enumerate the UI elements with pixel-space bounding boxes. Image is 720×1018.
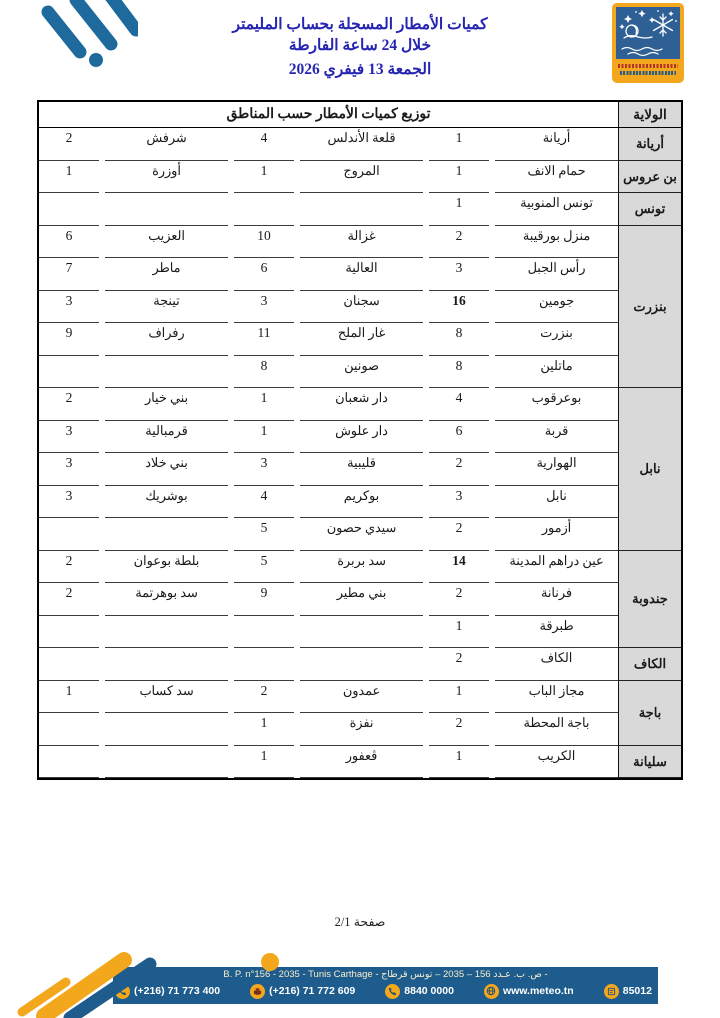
station-name-cell: أوزرة xyxy=(105,161,228,194)
contact-label: 85012 xyxy=(623,985,652,997)
station-name-cell: العالية xyxy=(300,258,423,291)
table-row: الكاف2 xyxy=(39,648,618,681)
logo-dot xyxy=(89,53,103,67)
station-rows: منزل بورقيبة2غزالة10العزيب6رأس الجبل3الع… xyxy=(39,226,618,389)
station-value-cell: 1 xyxy=(429,128,489,161)
station-name-cell: سيدي حصون xyxy=(300,518,423,551)
governorate-cell: سليانة xyxy=(618,746,681,779)
fax-icon xyxy=(250,984,265,999)
governorate-block: تونستونس المنوبية1 xyxy=(39,193,681,226)
station-name-cell: سد كساب xyxy=(105,681,228,714)
station-name-cell: شرفش xyxy=(105,128,228,161)
station-value-cell: 6 xyxy=(429,421,489,454)
station-name-cell: دار شعبان xyxy=(300,388,423,421)
station-name-cell: صونين xyxy=(300,356,423,389)
table-row: بوعرقوب4دار شعبان1بني خيار2 xyxy=(39,388,618,421)
station-name-cell: سد بربرة xyxy=(300,551,423,584)
station-name-cell: رفراف xyxy=(105,323,228,356)
table-row: مجاز الباب1عمدون2سد كساب1 xyxy=(39,681,618,714)
station-value-cell: 1 xyxy=(39,161,99,194)
governorate-block: أريانةأريانة1قلعة الأندلس4شرفش2 xyxy=(39,128,681,161)
contact-label: (+216) 71 772 609 xyxy=(269,985,355,997)
governorate-cell: تونس xyxy=(618,193,681,226)
station-name-cell: تونس المنوبية xyxy=(495,193,618,226)
governorate-block: بنزرتمنزل بورقيبة2غزالة10العزيب6رأس الجب… xyxy=(39,226,681,389)
station-value-cell xyxy=(234,193,294,226)
station-rows: بوعرقوب4دار شعبان1بني خيار2قربة6دار علوش… xyxy=(39,388,618,551)
governorate-block: بن عروسحمام الانف1المروج1أوزرة1 xyxy=(39,161,681,194)
station-value-cell: 2 xyxy=(429,453,489,486)
station-value-cell xyxy=(234,616,294,649)
station-value-cell: 2 xyxy=(234,681,294,714)
contact-label: (+216) 71 773 400 xyxy=(134,985,220,997)
contact-label: 8840 0000 xyxy=(404,985,454,997)
station-value-cell: 7 xyxy=(39,258,99,291)
station-value-cell: 5 xyxy=(234,551,294,584)
station-name-cell: قلعة الأندلس xyxy=(300,128,423,161)
table-row: بنزرت8غار الملح11رفراف9 xyxy=(39,323,618,356)
station-name-cell: أريانة xyxy=(495,128,618,161)
station-value-cell xyxy=(39,648,99,681)
station-value-cell: 1 xyxy=(234,388,294,421)
sms-icon xyxy=(604,984,619,999)
table-row: حمام الانف1المروج1أوزرة1 xyxy=(39,161,618,194)
regions-distribution-header: توزيع كميات الأمطار حسب المناطق xyxy=(39,102,618,127)
station-rows: الكاف2 xyxy=(39,648,618,681)
table-row: منزل بورقيبة2غزالة10العزيب6 xyxy=(39,226,618,259)
station-name-cell: بني مطير xyxy=(300,583,423,616)
station-value-cell: 1 xyxy=(234,746,294,779)
station-value-cell: 2 xyxy=(429,583,489,616)
station-value-cell: 14 xyxy=(429,551,489,584)
inm-logo-arabic-caption xyxy=(618,64,678,68)
station-name-cell: قربة xyxy=(495,421,618,454)
station-name-cell: منزل بورقيبة xyxy=(495,226,618,259)
station-value-cell: 8 xyxy=(234,356,294,389)
station-name-cell: عمدون xyxy=(300,681,423,714)
station-value-cell: 8 xyxy=(429,323,489,356)
station-value-cell xyxy=(39,746,99,779)
station-name-cell: جومين xyxy=(495,291,618,324)
table-row: جومين16سجنان3تينجة3 xyxy=(39,291,618,324)
governorate-cell: بنزرت xyxy=(618,226,681,389)
station-value-cell: 4 xyxy=(234,486,294,519)
contact-item: (+216) 71 772 609 xyxy=(250,984,355,999)
station-name-cell: غار الملح xyxy=(300,323,423,356)
station-value-cell: 1 xyxy=(234,161,294,194)
station-name-cell xyxy=(105,746,228,779)
station-name-cell: تينجة xyxy=(105,291,228,324)
station-name-cell: فرنانة xyxy=(495,583,618,616)
station-name-cell: باجة المحطة xyxy=(495,713,618,746)
station-value-cell: 10 xyxy=(234,226,294,259)
title-line-2: خلال 24 ساعة الفارطة xyxy=(120,35,600,56)
station-value-cell: 2 xyxy=(429,648,489,681)
governorate-cell: نابل xyxy=(618,388,681,551)
table-row: الكريب1ڤعفور1 xyxy=(39,746,618,779)
station-rows: أريانة1قلعة الأندلس4شرفش2 xyxy=(39,128,618,161)
governorate-column-header: الولاية xyxy=(618,102,681,127)
station-value-cell: 2 xyxy=(429,518,489,551)
governorate-block: باجةمجاز الباب1عمدون2سد كساب1باجة المحطة… xyxy=(39,681,681,746)
station-name-cell xyxy=(105,713,228,746)
contact-label: www.meteo.tn xyxy=(503,985,574,997)
contact-item: www.meteo.tn xyxy=(484,984,574,999)
station-name-cell: الهوارية xyxy=(495,453,618,486)
station-rows: مجاز الباب1عمدون2سد كساب1باجة المحطة2نفز… xyxy=(39,681,618,746)
table-row: باجة المحطة2نفزة1 xyxy=(39,713,618,746)
station-name-cell: بوكريم xyxy=(300,486,423,519)
station-name-cell xyxy=(105,518,228,551)
station-name-cell: ماتلين xyxy=(495,356,618,389)
station-name-cell: بوشريك xyxy=(105,486,228,519)
station-name-cell: بنزرت xyxy=(495,323,618,356)
station-value-cell: 3 xyxy=(234,291,294,324)
governorate-block: سليانةالكريب1ڤعفور1 xyxy=(39,746,681,779)
station-value-cell: 3 xyxy=(39,421,99,454)
station-value-cell: 3 xyxy=(429,486,489,519)
station-name-cell xyxy=(300,648,423,681)
station-value-cell: 1 xyxy=(429,746,489,779)
table-body: أريانةأريانة1قلعة الأندلس4شرفش2بن عروسحم… xyxy=(39,128,681,778)
station-name-cell: الكاف xyxy=(495,648,618,681)
station-name-cell xyxy=(105,616,228,649)
table-row: رأس الجبل3العالية6ماطر7 xyxy=(39,258,618,291)
report-title: كميات الأمطار المسجلة بحساب المليمتر خلا… xyxy=(120,14,600,56)
station-name-cell xyxy=(300,193,423,226)
station-value-cell: 2 xyxy=(39,551,99,584)
station-value-cell: 3 xyxy=(39,453,99,486)
station-name-cell: نابل xyxy=(495,486,618,519)
table-row: أريانة1قلعة الأندلس4شرفش2 xyxy=(39,128,618,161)
governorate-block: الكافالكاف2 xyxy=(39,648,681,681)
governorate-cell: أريانة xyxy=(618,128,681,161)
footer-banner: B. P. n°156 - 2035 - Tunis Carthage - ص.… xyxy=(113,967,658,1004)
governorate-cell: الكاف xyxy=(618,648,681,681)
station-name-cell: نفزة xyxy=(300,713,423,746)
station-name-cell: أزمور xyxy=(495,518,618,551)
station-rows: حمام الانف1المروج1أوزرة1 xyxy=(39,161,618,194)
page-number: صفحة 2/1 xyxy=(0,914,720,930)
station-value-cell: 3 xyxy=(429,258,489,291)
governorate-block: جندوبةعين دراهم المدينة14سد بربرة5بلطة ب… xyxy=(39,551,681,649)
station-value-cell: 11 xyxy=(234,323,294,356)
phone-icon xyxy=(115,984,130,999)
station-name-cell: العزيب xyxy=(105,226,228,259)
station-name-cell: رأس الجبل xyxy=(495,258,618,291)
station-name-cell: دار علوش xyxy=(300,421,423,454)
station-name-cell: سجنان xyxy=(300,291,423,324)
station-value-cell: 3 xyxy=(234,453,294,486)
document-page: كميات الأمطار المسجلة بحساب المليمتر خلا… xyxy=(0,0,720,1018)
station-value-cell: 1 xyxy=(234,713,294,746)
station-value-cell: 1 xyxy=(429,193,489,226)
station-value-cell xyxy=(39,193,99,226)
station-name-cell: حمام الانف xyxy=(495,161,618,194)
table-row: عين دراهم المدينة14سد بربرة5بلطة بوعوان2 xyxy=(39,551,618,584)
station-value-cell: 1 xyxy=(429,681,489,714)
station-name-cell: طبرقة xyxy=(495,616,618,649)
banner-address: B. P. n°156 - 2035 - Tunis Carthage - ص.… xyxy=(113,969,658,980)
station-value-cell: 4 xyxy=(429,388,489,421)
station-value-cell: 2 xyxy=(429,226,489,259)
table-row: فرنانة2بني مطير9سد بوهرتمة2 xyxy=(39,583,618,616)
station-name-cell: ڤعفور xyxy=(300,746,423,779)
station-name-cell: ماطر xyxy=(105,258,228,291)
table-row: تونس المنوبية1 xyxy=(39,193,618,226)
title-line-1: كميات الأمطار المسجلة بحساب المليمتر xyxy=(120,14,600,35)
station-value-cell: 6 xyxy=(39,226,99,259)
station-rows: الكريب1ڤعفور1 xyxy=(39,746,618,779)
governorate-cell: باجة xyxy=(618,681,681,746)
station-name-cell xyxy=(300,616,423,649)
station-name-cell: مجاز الباب xyxy=(495,681,618,714)
station-name-cell xyxy=(105,193,228,226)
inm-logo-emblem xyxy=(616,7,680,59)
station-value-cell: 6 xyxy=(234,258,294,291)
station-value-cell: 8 xyxy=(429,356,489,389)
station-value-cell: 2 xyxy=(39,128,99,161)
station-name-cell: سد بوهرتمة xyxy=(105,583,228,616)
station-value-cell: 1 xyxy=(234,421,294,454)
station-value-cell: 2 xyxy=(39,583,99,616)
inm-logo-french-caption xyxy=(620,71,676,75)
station-value-cell: 9 xyxy=(39,323,99,356)
station-name-cell: بني خيار xyxy=(105,388,228,421)
station-value-cell: 2 xyxy=(429,713,489,746)
station-value-cell: 5 xyxy=(234,518,294,551)
station-value-cell: 2 xyxy=(39,388,99,421)
station-value-cell xyxy=(234,648,294,681)
station-value-cell xyxy=(39,713,99,746)
station-value-cell: 9 xyxy=(234,583,294,616)
station-name-cell: بلطة بوعوان xyxy=(105,551,228,584)
globe-icon xyxy=(484,984,499,999)
contact-item: (+216) 71 773 400 xyxy=(115,984,220,999)
table-row: أزمور2سيدي حصون5 xyxy=(39,518,618,551)
governorate-cell: بن عروس xyxy=(618,161,681,194)
contact-item: 8840 0000 xyxy=(385,984,454,999)
station-name-cell xyxy=(105,356,228,389)
table-header-row: الولاية توزيع كميات الأمطار حسب المناطق xyxy=(39,102,681,128)
table-row: طبرقة1 xyxy=(39,616,618,649)
governorate-block: نابلبوعرقوب4دار شعبان1بني خيار2قربة6دار … xyxy=(39,388,681,551)
station-value-cell xyxy=(39,518,99,551)
station-value-cell: 1 xyxy=(429,616,489,649)
table-row: ماتلين8صونين8 xyxy=(39,356,618,389)
inm-logo xyxy=(612,3,684,83)
station-name-cell: بوعرقوب xyxy=(495,388,618,421)
report-date: الجمعة 13 فيفري 2026 xyxy=(120,60,600,79)
governorate-cell: جندوبة xyxy=(618,551,681,649)
phone-icon xyxy=(385,984,400,999)
rainfall-table: الولاية توزيع كميات الأمطار حسب المناطق … xyxy=(37,100,683,780)
station-value-cell: 3 xyxy=(39,291,99,324)
table-row: الهوارية2قليبية3بني خلاد3 xyxy=(39,453,618,486)
station-name-cell: بني خلاد xyxy=(105,453,228,486)
station-rows: عين دراهم المدينة14سد بربرة5بلطة بوعوان2… xyxy=(39,551,618,649)
table-row: نابل3بوكريم4بوشريك3 xyxy=(39,486,618,519)
station-rows: تونس المنوبية1 xyxy=(39,193,618,226)
table-row: قربة6دار علوش1قرمبالية3 xyxy=(39,421,618,454)
station-value-cell xyxy=(39,616,99,649)
station-value-cell: 16 xyxy=(429,291,489,324)
station-value-cell: 4 xyxy=(234,128,294,161)
station-value-cell: 3 xyxy=(39,486,99,519)
station-name-cell: غزالة xyxy=(300,226,423,259)
station-name-cell: المروج xyxy=(300,161,423,194)
station-name-cell: قرمبالية xyxy=(105,421,228,454)
station-value-cell xyxy=(39,356,99,389)
station-name-cell: الكريب xyxy=(495,746,618,779)
banner-contacts: (+216) 71 773 400(+216) 71 772 6098840 0… xyxy=(115,981,652,1001)
station-name-cell: قليبية xyxy=(300,453,423,486)
station-value-cell: 1 xyxy=(39,681,99,714)
contact-item: 85012 xyxy=(604,984,652,999)
station-value-cell: 1 xyxy=(429,161,489,194)
station-name-cell xyxy=(105,648,228,681)
station-name-cell: عين دراهم المدينة xyxy=(495,551,618,584)
